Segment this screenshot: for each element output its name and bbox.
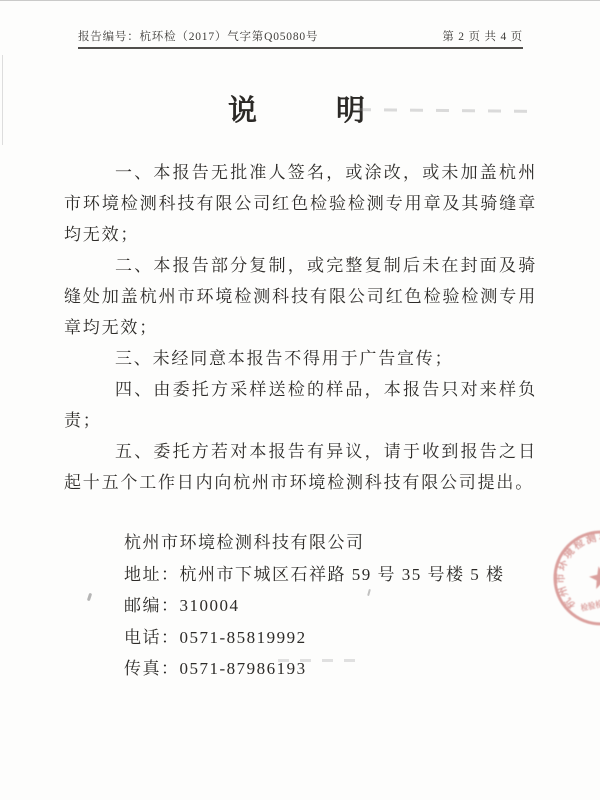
note-paragraph-4: 四、由委托方采样送检的样品，本报告只对来样负责；: [64, 374, 537, 436]
company-postcode: 邮编：310004: [124, 590, 540, 622]
seal-banner-text: 检验检测专用章: [580, 592, 600, 613]
report-number: 报告编号：杭环检（2017）气字第Q05080号: [78, 28, 318, 44]
company-info: 杭州市环境检测科技有限公司 地址：杭州市下城区石祥路 59 号 35 号楼 5 …: [124, 527, 540, 685]
company-address: 地址：杭州市下城区石祥路 59 号 35 号楼 5 楼: [124, 559, 540, 591]
page-header: 报告编号：杭环检（2017）气字第Q05080号 第 2 页 共 4 页: [78, 28, 523, 49]
scan-artifact-speck: [87, 593, 92, 602]
company-seal-stamp: 杭州市环境检测科技有限公司 检验检测专用章: [530, 507, 600, 649]
note-paragraph-5: 五、委托方若对本报告有异议，请于收到报告之日起十五个工作日内向杭州市环境检测科技…: [64, 436, 537, 498]
scan-edge-top: [0, 0, 600, 1]
scanned-report-page: 报告编号：杭环检（2017）气字第Q05080号 第 2 页 共 4 页 说 明…: [0, 0, 600, 800]
company-name: 杭州市环境检测科技有限公司: [124, 527, 540, 559]
page-indicator: 第 2 页 共 4 页: [442, 28, 523, 44]
company-fax: 传真：0571-87986193: [124, 653, 540, 685]
note-paragraph-2: 二、本报告部分复制，或完整复制后未在封面及骑缝处加盖杭州市环境检测科技有限公司红…: [64, 250, 537, 343]
seal-star-icon: [587, 564, 600, 590]
company-phone: 电话：0571-85819992: [124, 622, 540, 654]
page-title: 说 明: [0, 88, 600, 129]
note-paragraph-1: 一、本报告无批准人签名，或涂改，或未加盖杭州市环境检测科技有限公司红色检验检测专…: [64, 157, 537, 250]
note-paragraph-3: 三、未经同意本报告不得用于广告宣传；: [64, 343, 537, 374]
notes-body: 一、本报告无批准人签名，或涂改，或未加盖杭州市环境检测科技有限公司红色检验检测专…: [64, 157, 537, 498]
